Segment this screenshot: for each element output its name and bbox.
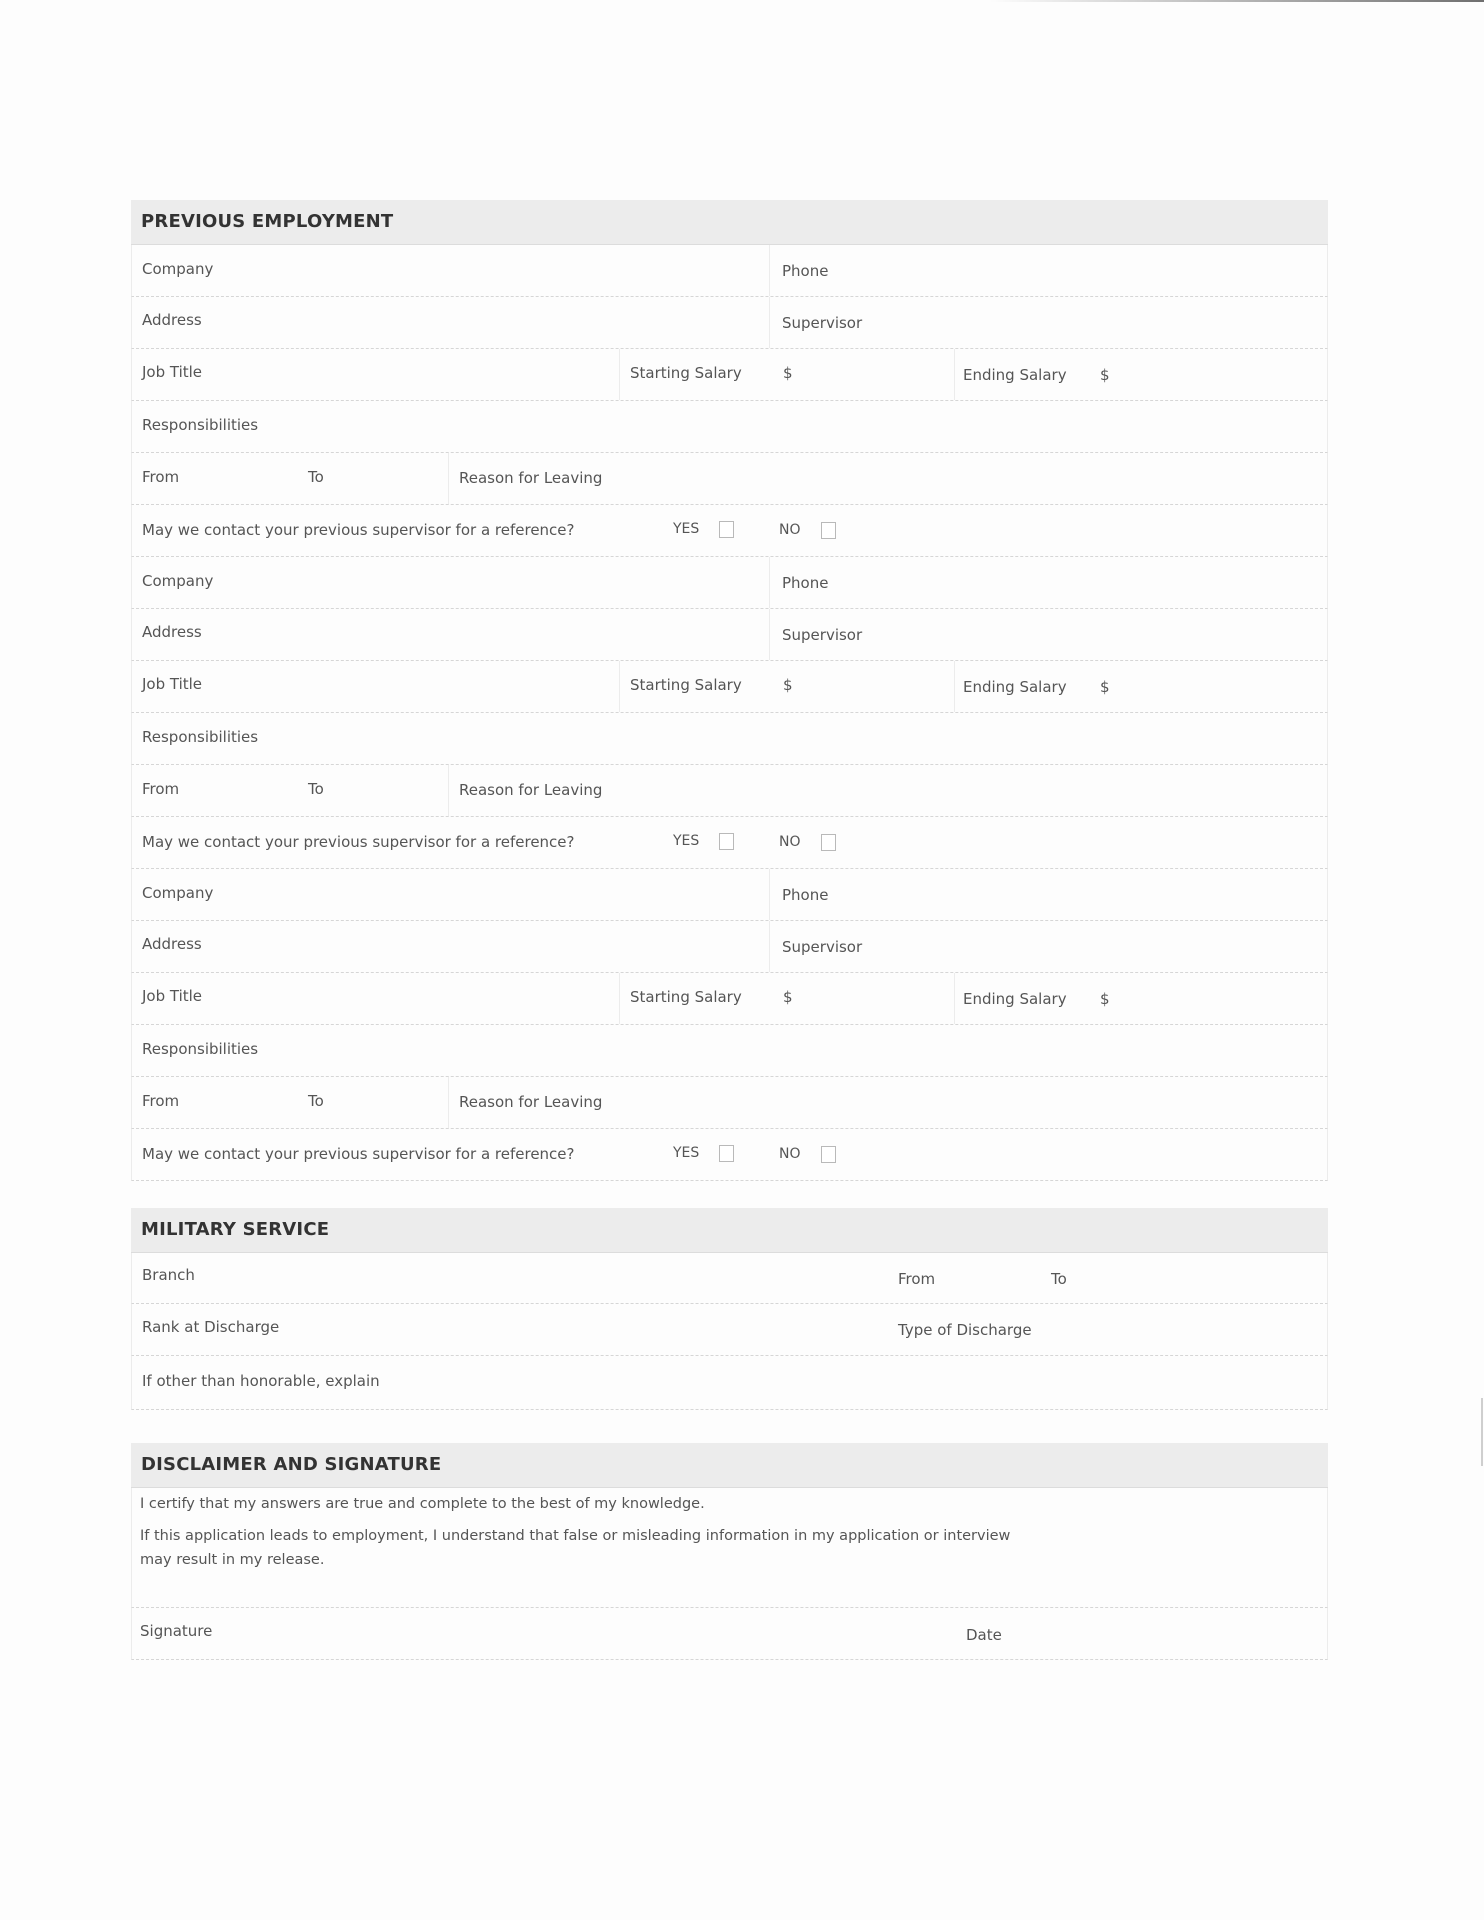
ending-salary-field[interactable]: $ xyxy=(1100,990,1110,1008)
disclaimer-text-row: I certify that my answers are true and c… xyxy=(131,1488,1328,1608)
signature-field[interactable]: Signature xyxy=(140,1622,212,1640)
job-title-row: Job Title Starting Salary $ Ending Salar… xyxy=(131,349,1328,401)
no-label: NO xyxy=(779,834,801,850)
job-title-field[interactable]: Job Title xyxy=(142,987,202,1005)
column-divider xyxy=(954,349,955,400)
responsibilities-field[interactable]: Responsibilities xyxy=(142,728,258,746)
from-field[interactable]: From xyxy=(142,780,179,798)
discharge-explanation-field[interactable]: If other than honorable, explain xyxy=(142,1372,380,1390)
column-divider xyxy=(954,973,955,1024)
job-title-row: Job Title Starting Salary $ Ending Salar… xyxy=(131,973,1328,1025)
yes-checkbox[interactable] xyxy=(719,521,734,538)
dates-row: From To Reason for Leaving xyxy=(131,453,1328,505)
company-field[interactable]: Company xyxy=(142,572,213,590)
military-service-section: MILITARY SERVICE Branch From To Rank at … xyxy=(131,1208,1328,1410)
column-divider xyxy=(619,349,620,400)
column-divider xyxy=(448,1077,449,1128)
yes-label: YES xyxy=(673,521,699,537)
responsibilities-field[interactable]: Responsibilities xyxy=(142,1040,258,1058)
starting-salary-label: Starting Salary xyxy=(630,988,742,1006)
rank-at-discharge-field[interactable]: Rank at Discharge xyxy=(142,1318,279,1336)
address-field[interactable]: Address xyxy=(142,623,202,641)
contact-question: May we contact your previous supervisor … xyxy=(142,521,575,539)
certify-statement: I certify that my answers are true and c… xyxy=(140,1492,705,1516)
phone-field[interactable]: Phone xyxy=(782,574,828,592)
no-label: NO xyxy=(779,522,801,538)
address-field[interactable]: Address xyxy=(142,311,202,329)
section-header: DISCLAIMER AND SIGNATURE xyxy=(131,1443,1328,1488)
explain-row: If other than honorable, explain xyxy=(131,1356,1328,1410)
starting-salary-field[interactable]: $ xyxy=(783,988,793,1006)
scan-edge-artifact xyxy=(1481,1398,1483,1466)
job-title-field[interactable]: Job Title xyxy=(142,675,202,693)
branch-field[interactable]: Branch xyxy=(142,1266,195,1284)
section-title: DISCLAIMER AND SIGNATURE xyxy=(141,1454,441,1475)
reason-for-leaving-field[interactable]: Reason for Leaving xyxy=(459,1093,602,1111)
address-row: Address Supervisor xyxy=(131,297,1328,349)
phone-field[interactable]: Phone xyxy=(782,886,828,904)
starting-salary-label: Starting Salary xyxy=(630,676,742,694)
date-field[interactable]: Date xyxy=(966,1626,1002,1644)
address-field[interactable]: Address xyxy=(142,935,202,953)
no-checkbox[interactable] xyxy=(821,1146,836,1163)
reason-for-leaving-field[interactable]: Reason for Leaving xyxy=(459,781,602,799)
column-divider xyxy=(769,245,770,296)
previous-employment-section: PREVIOUS EMPLOYMENT Company Phone Addres… xyxy=(131,200,1328,1174)
scan-edge-artifact xyxy=(990,0,1484,2)
section-header: MILITARY SERVICE xyxy=(131,1208,1328,1253)
company-row: Company Phone xyxy=(131,245,1328,297)
ending-salary-label: Ending Salary xyxy=(963,366,1067,384)
company-field[interactable]: Company xyxy=(142,260,213,278)
release-statement-line1: If this application leads to employment,… xyxy=(140,1524,1010,1548)
contact-question: May we contact your previous supervisor … xyxy=(142,833,575,851)
column-divider xyxy=(954,661,955,712)
disclaimer-signature-section: DISCLAIMER AND SIGNATURE I certify that … xyxy=(131,1443,1328,1660)
column-divider xyxy=(769,869,770,920)
column-divider xyxy=(619,973,620,1024)
company-row: Company Phone xyxy=(131,869,1328,921)
column-divider xyxy=(769,921,770,972)
to-field[interactable]: To xyxy=(308,1092,324,1110)
section-title: PREVIOUS EMPLOYMENT xyxy=(141,211,393,232)
yes-checkbox[interactable] xyxy=(719,1145,734,1162)
responsibilities-row: Responsibilities xyxy=(131,401,1328,453)
no-checkbox[interactable] xyxy=(821,522,836,539)
section-title: MILITARY SERVICE xyxy=(141,1219,329,1240)
job-title-field[interactable]: Job Title xyxy=(142,363,202,381)
ending-salary-label: Ending Salary xyxy=(963,990,1067,1008)
column-divider xyxy=(769,557,770,608)
starting-salary-field[interactable]: $ xyxy=(783,676,793,694)
address-row: Address Supervisor xyxy=(131,609,1328,661)
starting-salary-label: Starting Salary xyxy=(630,364,742,382)
column-divider xyxy=(448,453,449,504)
supervisor-field[interactable]: Supervisor xyxy=(782,626,862,644)
no-label: NO xyxy=(779,1146,801,1162)
branch-row: Branch From To xyxy=(131,1253,1328,1304)
to-field[interactable]: To xyxy=(308,780,324,798)
yes-label: YES xyxy=(673,833,699,849)
contact-reference-row: May we contact your previous supervisor … xyxy=(131,817,1328,869)
yes-checkbox[interactable] xyxy=(719,833,734,850)
starting-salary-field[interactable]: $ xyxy=(783,364,793,382)
military-from-field[interactable]: From xyxy=(898,1270,935,1288)
rank-row: Rank at Discharge Type of Discharge xyxy=(131,1304,1328,1356)
ending-salary-label: Ending Salary xyxy=(963,678,1067,696)
address-row: Address Supervisor xyxy=(131,921,1328,973)
column-divider xyxy=(619,661,620,712)
from-field[interactable]: From xyxy=(142,468,179,486)
column-divider xyxy=(769,609,770,660)
dates-row: From To Reason for Leaving xyxy=(131,765,1328,817)
dates-row: From To Reason for Leaving xyxy=(131,1077,1328,1129)
military-to-field[interactable]: To xyxy=(1051,1270,1067,1288)
responsibilities-row: Responsibilities xyxy=(131,713,1328,765)
supervisor-field[interactable]: Supervisor xyxy=(782,314,862,332)
company-field[interactable]: Company xyxy=(142,884,213,902)
no-checkbox[interactable] xyxy=(821,834,836,851)
column-divider xyxy=(448,765,449,816)
section-header: PREVIOUS EMPLOYMENT xyxy=(131,200,1328,245)
type-of-discharge-field[interactable]: Type of Discharge xyxy=(898,1321,1032,1339)
signature-row: Signature Date xyxy=(131,1608,1328,1660)
to-field[interactable]: To xyxy=(308,468,324,486)
phone-field[interactable]: Phone xyxy=(782,262,828,280)
ending-salary-field[interactable]: $ xyxy=(1100,678,1110,696)
contact-reference-row: May we contact your previous supervisor … xyxy=(131,505,1328,557)
ending-salary-field[interactable]: $ xyxy=(1100,366,1110,384)
from-field[interactable]: From xyxy=(142,1092,179,1110)
reason-for-leaving-field[interactable]: Reason for Leaving xyxy=(459,469,602,487)
release-statement-line2: may result in my release. xyxy=(140,1548,324,1572)
company-row: Company Phone xyxy=(131,557,1328,609)
yes-label: YES xyxy=(673,1145,699,1161)
job-title-row: Job Title Starting Salary $ Ending Salar… xyxy=(131,661,1328,713)
responsibilities-row: Responsibilities xyxy=(131,1025,1328,1077)
column-divider xyxy=(769,297,770,348)
supervisor-field[interactable]: Supervisor xyxy=(782,938,862,956)
contact-question: May we contact your previous supervisor … xyxy=(142,1145,575,1163)
responsibilities-field[interactable]: Responsibilities xyxy=(142,416,258,434)
contact-reference-row: May we contact your previous supervisor … xyxy=(131,1129,1328,1181)
